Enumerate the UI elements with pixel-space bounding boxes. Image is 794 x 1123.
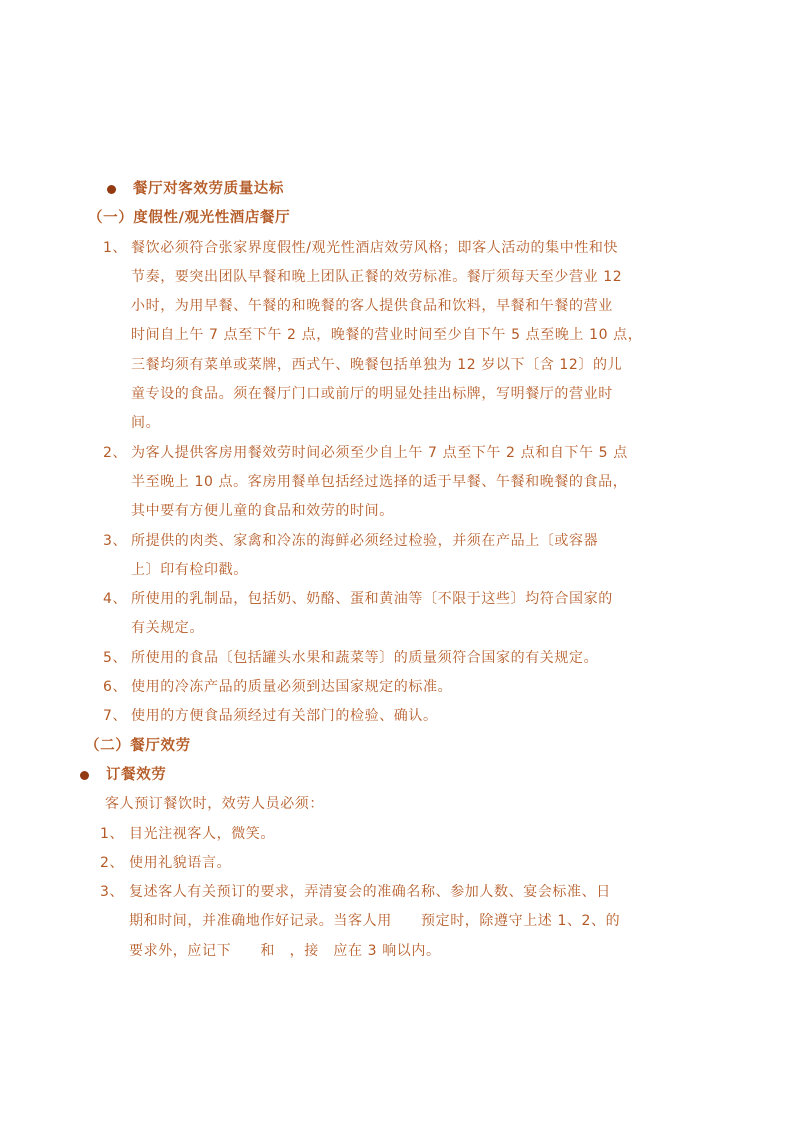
document-line: 2、使用礼貌语言。 [0, 849, 794, 878]
document-line-text: 要求外，应记下 和 ，接 应在 3 响以内。 [129, 937, 441, 966]
document-line-text: 目光注视客人，微笑。 [129, 820, 275, 849]
document-line-text: 餐饮必须符合张家界度假性/观光性酒店效劳风格；即客人活动的集中性和快 [131, 234, 618, 263]
document-line-text: 童专设的食品。须在餐厅门口或前厅的明显处挂出标牌，写明餐厅的营业时 [131, 380, 613, 409]
document-line-text: 复述客人有关预订的要求，弄清宴会的准确名称、参加人数、宴会标准、日 [129, 878, 611, 907]
bullet-icon [80, 771, 89, 780]
document-line: 上〕印有检印戳。 [0, 556, 794, 585]
list-number: 1、 [103, 234, 131, 263]
document-line: 4、所使用的乳制品，包括奶、奶酪、蛋和黄油等〔不限于这些〕均符合国家的 [0, 585, 794, 614]
document-line-text: 使用的冷冻产品的质量必须到达国家规定的标准。 [131, 673, 452, 702]
document-line: 6、使用的冷冻产品的质量必须到达国家规定的标准。 [0, 673, 794, 702]
document-line: 时间自上午 7 点至下午 2 点，晚餐的营业时间至少自下午 5 点至晚上 10 … [0, 321, 794, 350]
document-line-text: （二）餐厅效劳 [85, 732, 191, 761]
document-line: 小时，为用早餐、午餐的和晚餐的客人提供食品和饮料，早餐和午餐的营业 [0, 292, 794, 321]
document-line-text: 使用的方便食品须经过有关部门的检验、确认。 [131, 702, 438, 731]
list-number: 5、 [103, 644, 131, 673]
list-number: 1、 [100, 820, 129, 849]
document-line-text: 使用礼貌语言。 [129, 849, 231, 878]
document-line: 2、为客人提供客房用餐效劳时间必须至少自上午 7 点至下午 2 点和自下午 5 … [0, 439, 794, 468]
list-number: 3、 [103, 527, 131, 556]
document-line: 有关规定。 [0, 614, 794, 643]
document-line: 童专设的食品。须在餐厅门口或前厅的明显处挂出标牌，写明餐厅的营业时 [0, 380, 794, 409]
document-line: 客人预订餐饮时，效劳人员必须： [0, 790, 794, 819]
document-line-text: 小时，为用早餐、午餐的和晚餐的客人提供食品和饮料，早餐和午餐的营业 [131, 292, 613, 321]
document-line: （二）餐厅效劳 [0, 732, 794, 761]
document-line-text: 期和时间，并准确地作好记录。当客人用 预定时，除遵守上述 1、2、的 [129, 907, 620, 936]
document-line: （一）度假性/观光性酒店餐厅 [0, 204, 794, 233]
list-number: 2、 [100, 849, 129, 878]
document-line: 半至晚上 10 点。客房用餐单包括经过选择的适于早餐、午餐和晚餐的食品， [0, 468, 794, 497]
document-line: 订餐效劳 [0, 761, 794, 790]
document-line: 要求外，应记下 和 ，接 应在 3 响以内。 [0, 937, 794, 966]
document-line: 期和时间，并准确地作好记录。当客人用 预定时，除遵守上述 1、2、的 [0, 907, 794, 936]
document-line-text: 所使用的食品〔包括罐头水果和蔬菜等〕的质量须符合国家的有关规定。 [131, 644, 598, 673]
document-content: 餐厅对客效劳质量达标（一）度假性/观光性酒店餐厅1、餐饮必须符合张家界度假性/观… [0, 175, 794, 966]
list-number: 4、 [103, 585, 131, 614]
document-line: 三餐均须有菜单或菜牌，西式午、晚餐包括单独为 12 岁以下〔含 12〕的儿 [0, 351, 794, 380]
document-line-text: 订餐效劳 [106, 761, 166, 790]
document-line-text: 为客人提供客房用餐效劳时间必须至少自上午 7 点至下午 2 点和自下午 5 点 [131, 439, 628, 468]
document-page: 餐厅对客效劳质量达标（一）度假性/观光性酒店餐厅1、餐饮必须符合张家界度假性/观… [0, 0, 794, 1123]
document-line-text: （一）度假性/观光性酒店餐厅 [88, 204, 290, 233]
bullet-icon [107, 185, 116, 194]
document-line-text: 所提供的肉类、家禽和冷冻的海鲜必须经过检验，并须在产品上〔或容器 [131, 527, 598, 556]
document-line-text: 时间自上午 7 点至下午 2 点，晚餐的营业时间至少自下午 5 点至晚上 10 … [131, 321, 642, 350]
list-number: 7、 [103, 702, 131, 731]
list-number: 2、 [103, 439, 131, 468]
document-line-text: 餐厅对客效劳质量达标 [133, 175, 284, 204]
document-line: 餐厅对客效劳质量达标 [0, 175, 794, 204]
document-line: 其中要有方便儿童的食品和效劳的时间。 [0, 497, 794, 526]
list-number: 6、 [103, 673, 131, 702]
document-line: 节奏，要突出团队早餐和晚上团队正餐的效劳标准。餐厅须每天至少营业 12 [0, 263, 794, 292]
document-line-text: 其中要有方便儿童的食品和效劳的时间。 [131, 497, 394, 526]
document-line-text: 上〕印有检印戳。 [131, 556, 248, 585]
document-line: 3、所提供的肉类、家禽和冷冻的海鲜必须经过检验，并须在产品上〔或容器 [0, 527, 794, 556]
list-number: 3、 [100, 878, 129, 907]
document-line: 1、餐饮必须符合张家界度假性/观光性酒店效劳风格；即客人活动的集中性和快 [0, 234, 794, 263]
document-line: 间。 [0, 409, 794, 438]
document-line: 1、目光注视客人，微笑。 [0, 820, 794, 849]
document-line-text: 间。 [131, 409, 160, 438]
document-line-text: 节奏，要突出团队早餐和晚上团队正餐的效劳标准。餐厅须每天至少营业 12 [131, 263, 622, 292]
document-line-text: 半至晚上 10 点。客房用餐单包括经过选择的适于早餐、午餐和晚餐的食品， [131, 468, 627, 497]
document-line-text: 客人预订餐饮时，效劳人员必须： [105, 790, 324, 819]
document-line: 3、复述客人有关预订的要求，弄清宴会的准确名称、参加人数、宴会标准、日 [0, 878, 794, 907]
document-line: 7、使用的方便食品须经过有关部门的检验、确认。 [0, 702, 794, 731]
document-line: 5、所使用的食品〔包括罐头水果和蔬菜等〕的质量须符合国家的有关规定。 [0, 644, 794, 673]
document-line-text: 所使用的乳制品，包括奶、奶酪、蛋和黄油等〔不限于这些〕均符合国家的 [131, 585, 613, 614]
document-line-text: 有关规定。 [131, 614, 204, 643]
document-line-text: 三餐均须有菜单或菜牌，西式午、晚餐包括单独为 12 岁以下〔含 12〕的儿 [131, 351, 622, 380]
